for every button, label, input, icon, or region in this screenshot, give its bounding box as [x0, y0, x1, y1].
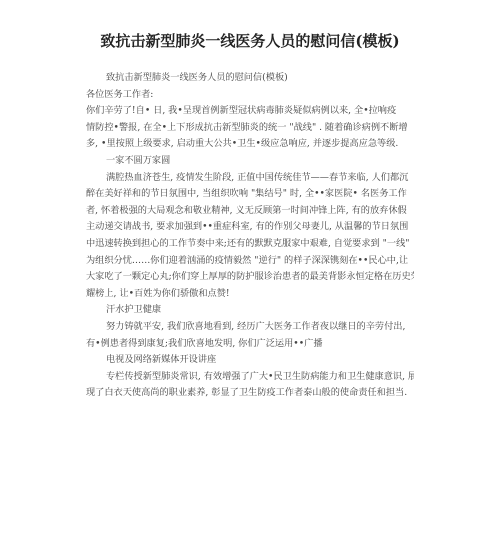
paragraph-line: 专栏传授新型肺炎常识, 有效增强了广大•民卫生防病能力和卫生健康意识, 展 — [86, 369, 414, 386]
paragraph-line: 中迅速转换到担心的工作节奏中来;还有的默默克服家中艰难, 自觉要求到 "一线" — [86, 236, 414, 253]
paragraph-line: 大家吃了一颗定心丸;你们穿上厚厚的防护服诊治患者的最美背影永恒定格在历史荣 — [86, 269, 414, 286]
paragraph-line: 现了白衣天使高尚的职业素养, 彰显了卫生防疫工作者泰山般的使命责任和担当. — [86, 385, 414, 402]
paragraph-line: 醉在美好祥和的节日氛围中, 当组织吹响 "集结号" 时, 全••家医院• 名医务… — [86, 186, 414, 203]
document-body: 致抗击新型肺炎一线医务人员的慰问信(模板) 各位医务工作者: 你们辛劳了!自• … — [86, 70, 414, 402]
section-heading: 一家不圆万家圆 — [86, 153, 414, 170]
salutation-line: 各位医务工作者: — [86, 87, 414, 104]
section-heading: 汗水护卫健康 — [86, 302, 414, 319]
paragraph-line: 努力铸就平安, 我们欣喜地看到, 经历广大医务工作者夜以继日的辛劳付出, — [86, 319, 414, 336]
section-heading: 电视及网络新媒体开设讲座 — [86, 352, 414, 369]
paragraph-line: 为组织分忧……你们迎着汹涌的疫情毅然 "逆行" 的样子深深镌刻在••民心中,让 — [86, 253, 414, 270]
paragraph-line: 主动递交请战书, 要求加强到••重症科室, 有的作别父母妻儿, 从温馨的节日氛围 — [86, 219, 414, 236]
paragraph-line: 耀榜上, 让•百姓为你们骄傲和点赞! — [86, 286, 414, 303]
paragraph-line: 者, 怀着极强的大局观念和敬业精神, 义无反顾第一时间冲锋上阵, 有的放弃休假 — [86, 203, 414, 220]
paragraph-line: 多, •里按照上级要求, 启动重大公共•卫生•级应急响应, 并逐步提高应急等级. — [86, 136, 414, 153]
subtitle-line: 致抗击新型肺炎一线医务人员的慰问信(模板) — [86, 70, 414, 87]
document-title: 致抗击新型肺炎一线医务人员的慰问信(模板) — [0, 30, 500, 51]
paragraph-line: 你们辛劳了!自• 日, 我•呈现首例新型冠状病毒肺炎疑似病例以来, 全•拉响疫 — [86, 103, 414, 120]
paragraph-line: 有•例患者得到康复;我们欣喜地发明, 你们广泛运用••广播 — [86, 336, 414, 353]
paragraph-line: 满腔热血济苍生, 疫情发生阶段, 正值中国传统佳节——春节来临, 人们都沉 — [86, 170, 414, 187]
paragraph-line: 情防控•警报, 在全•上下形成抗击新型肺炎的统一 "战线" . 随着确诊病例不断… — [86, 120, 414, 137]
